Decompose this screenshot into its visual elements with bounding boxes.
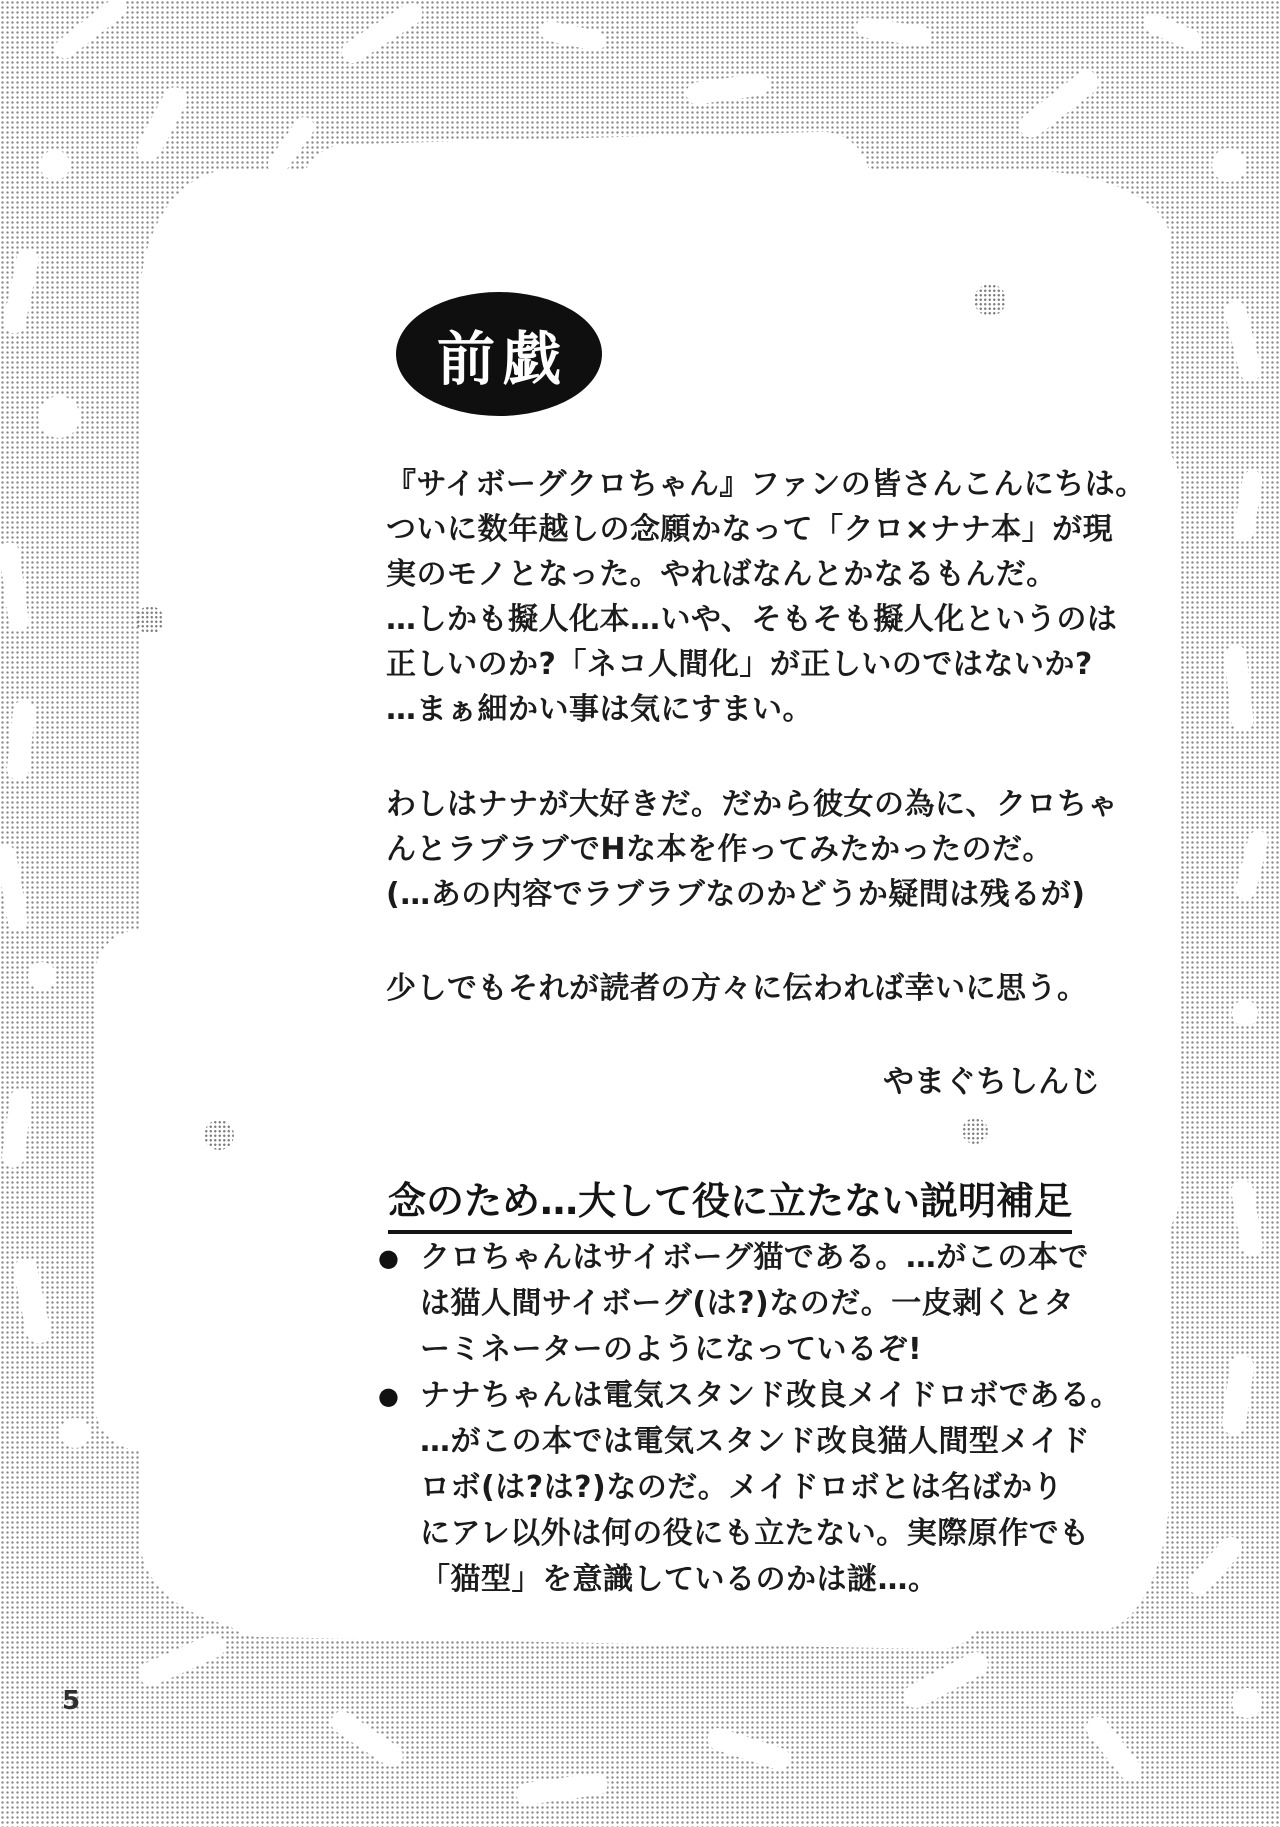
note-text: ナナちゃんは電気スタンド改良メイドロボである。 …がこの本では電気スタンド改良猫… (420, 1373, 1121, 1603)
note-item: ● ナナちゃんは電気スタンド改良メイドロボである。 …がこの本では電気スタンド改… (378, 1373, 1188, 1603)
section-title: 前戯 (429, 312, 569, 396)
notes-heading: 念のため…大して役に立たない説明補足 (388, 1170, 1072, 1234)
scanned-doujinshi-page: 前戯 『サイボーグクロちゃん』ファンの皆さんこんにちは。 ついに数年越しの念願か… (0, 0, 1280, 1827)
section-title-badge: 前戯 (396, 292, 602, 416)
page-number: 5 (62, 1686, 80, 1716)
foreword-paragraph-1: 『サイボーグクロちゃん』ファンの皆さんこんにちは。 ついに数年越しの念願かなって… (386, 462, 1186, 732)
bullet-icon: ● (378, 1373, 420, 1419)
bullet-icon: ● (378, 1235, 420, 1281)
note-text: クロちゃんはサイボーグ猫である。…がこの本で は猫人間サイボーグ(は?)なのだ。… (420, 1235, 1089, 1373)
page-content: 前戯 『サイボーグクロちゃん』ファンの皆さんこんにちは。 ついに数年越しの念願か… (0, 0, 1280, 1827)
foreword-paragraph-2: わしはナナが大好きだ。だから彼女の為に、クロちゃ んとラブラブでHな本を作ってみ… (386, 782, 1186, 917)
notes-list: ● クロちゃんはサイボーグ猫である。…がこの本で は猫人間サイボーグ(は?)なの… (378, 1235, 1188, 1603)
note-item: ● クロちゃんはサイボーグ猫である。…がこの本で は猫人間サイボーグ(は?)なの… (378, 1235, 1188, 1373)
author-signature: やまぐちしんじ (386, 1056, 1100, 1101)
foreword-paragraph-3: 少しでもそれが読者の方々に伝われば幸いに思う。 (386, 966, 1186, 1011)
